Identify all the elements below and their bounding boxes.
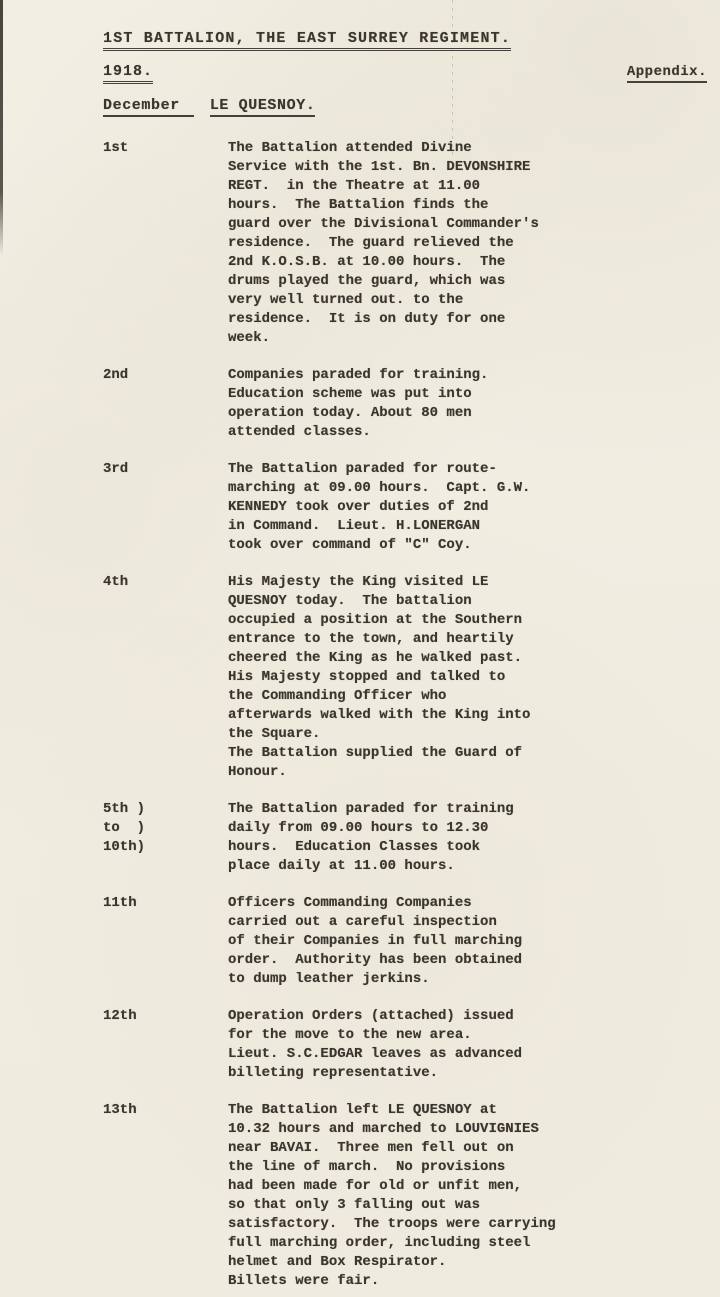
entry-text-line: daily from 09.00 hours to 12.30 [228, 819, 707, 838]
entry-text-line: Companies paraded for training. [228, 366, 707, 385]
entry-text-line: Honour. [228, 763, 707, 782]
entry-text: Companies paraded for training.Education… [228, 366, 707, 442]
entry-text-line: 10.32 hours and marched to LOUVIGNIES [228, 1120, 707, 1139]
entry-text-line: the Commanding Officer who [228, 687, 707, 706]
entry-text-line: in Command. Lieut. H.LONERGAN [228, 517, 707, 536]
entry-text-line: entrance to the town, and heartily [228, 630, 707, 649]
entry-date: 2nd [103, 366, 228, 442]
entry-date-line: 12th [103, 1007, 228, 1026]
diary-entry: 1st The Battalion attended DivineService… [103, 139, 707, 348]
page-title-text: 1ST BATTALION, THE EAST SURREY REGIMENT. [103, 30, 511, 51]
entry-text-line: afterwards walked with the King into [228, 706, 707, 725]
scanned-war-diary-document: { "header": { "title": "1ST BATTALION, T… [0, 0, 720, 1297]
entry-text-line: Operation Orders (attached) issued [228, 1007, 707, 1026]
entry-text-line: the Square. [228, 725, 707, 744]
diary-entry: 4th His Majesty the King visited LEQUESN… [103, 573, 707, 782]
diary-entry: 13th The Battalion left LE QUESNOY at10.… [103, 1101, 707, 1291]
entry-text-line: occupied a position at the Southern [228, 611, 707, 630]
entry-text-line: of their Companies in full marching [228, 932, 707, 951]
entry-text-line: operation today. About 80 men [228, 404, 707, 423]
entry-date: 3rd [103, 460, 228, 555]
entry-date-line: 3rd [103, 460, 228, 479]
entry-text-line: QUESNOY today. The battalion [228, 592, 707, 611]
entry-text-line: to dump leather jerkins. [228, 970, 707, 989]
entry-text-line: The Battalion attended Divine [228, 139, 707, 158]
entry-text-line: The Battalion paraded for training [228, 800, 707, 819]
entry-text-line: The Battalion left LE QUESNOY at [228, 1101, 707, 1120]
entry-text-line: Officers Commanding Companies [228, 894, 707, 913]
entry-text-line: residence. It is on duty for one [228, 310, 707, 329]
entry-text-line: full marching order, including steel [228, 1234, 707, 1253]
entry-text: His Majesty the King visited LEQUESNOY t… [228, 573, 707, 782]
entry-text-line: marching at 09.00 hours. Capt. G.W. [228, 479, 707, 498]
entry-text-line: The Battalion paraded for route- [228, 460, 707, 479]
diary-entry: 3rd The Battalion paraded for route-marc… [103, 460, 707, 555]
entry-text-line: carried out a careful inspection [228, 913, 707, 932]
entry-date-line: 4th [103, 573, 228, 592]
entry-text-line: Lieut. S.C.EDGAR leaves as advanced [228, 1045, 707, 1064]
year-label: 1918. [103, 63, 153, 84]
entry-text-line: week. [228, 329, 707, 348]
entry-text: The Battalion left LE QUESNOY at10.32 ho… [228, 1101, 707, 1291]
entry-date-line: 2nd [103, 366, 228, 385]
entry-text-line: The Battalion supplied the Guard of [228, 744, 707, 763]
entry-text-line: residence. The guard relieved the [228, 234, 707, 253]
entry-text-line: order. Authority has been obtained [228, 951, 707, 970]
entry-date: 4th [103, 573, 228, 782]
entry-text-line: attended classes. [228, 423, 707, 442]
page-title: 1ST BATTALION, THE EAST SURREY REGIMENT. [103, 30, 707, 47]
entry-text-line: hours. Education Classes took [228, 838, 707, 857]
diary-page-content: 1ST BATTALION, THE EAST SURREY REGIMENT.… [0, 0, 720, 1291]
entry-text-line: for the move to the new area. [228, 1026, 707, 1045]
month-label: December [103, 97, 194, 117]
month-row: DecemberLE QUESNOY. [103, 97, 707, 117]
entry-text-line: took over command of "C" Coy. [228, 536, 707, 555]
entry-text-line: place daily at 11.00 hours. [228, 857, 707, 876]
entry-text-line: guard over the Divisional Commander's [228, 215, 707, 234]
entry-text-line: KENNEDY took over duties of 2nd [228, 498, 707, 517]
entry-text-line: His Majesty stopped and talked to [228, 668, 707, 687]
entry-text-line: drums played the guard, which was [228, 272, 707, 291]
entry-text-line: His Majesty the King visited LE [228, 573, 707, 592]
entry-text: Operation Orders (attached) issuedfor th… [228, 1007, 707, 1083]
entry-text-line: helmet and Box Respirator. [228, 1253, 707, 1272]
entry-text-line: billeting representative. [228, 1064, 707, 1083]
entry-date: 11th [103, 894, 228, 989]
appendix-label: Appendix. [627, 64, 707, 83]
entry-text-line: satisfactory. The troops were carrying [228, 1215, 707, 1234]
entry-date: 1st [103, 139, 228, 348]
entry-text-line: 2nd K.O.S.B. at 10.00 hours. The [228, 253, 707, 272]
diary-entry: 5th )to )10th) The Battalion paraded for… [103, 800, 707, 876]
entry-text-line: REGT. in the Theatre at 11.00 [228, 177, 707, 196]
entry-text: Officers Commanding Companiescarried out… [228, 894, 707, 989]
entry-text-line: very well turned out. to the [228, 291, 707, 310]
entry-text-line: had been made for old or unfit men, [228, 1177, 707, 1196]
year-row: 1918. Appendix. [103, 63, 707, 84]
entry-date: 13th [103, 1101, 228, 1291]
entry-text: The Battalion attended DivineService wit… [228, 139, 707, 348]
entry-date-line: 13th [103, 1101, 228, 1120]
entry-text-line: the line of march. No provisions [228, 1158, 707, 1177]
entry-text-line: so that only 3 falling out was [228, 1196, 707, 1215]
entry-date-line: 5th ) [103, 800, 228, 819]
entry-text-line: Billets were fair. [228, 1272, 707, 1291]
diary-entries: 1st The Battalion attended DivineService… [103, 139, 707, 1291]
entry-date-line: to ) [103, 819, 228, 838]
diary-entry: 2nd Companies paraded for training.Educa… [103, 366, 707, 442]
entry-date-line: 1st [103, 139, 228, 158]
entry-text: The Battalion paraded for route-marching… [228, 460, 707, 555]
entry-date-line: 10th) [103, 838, 228, 857]
location-heading: LE QUESNOY. [210, 97, 316, 117]
entry-text: The Battalion paraded for trainingdaily … [228, 800, 707, 876]
diary-entry: 12th Operation Orders (attached) issuedf… [103, 1007, 707, 1083]
entry-text-line: cheered the King as he walked past. [228, 649, 707, 668]
diary-entry: 11th Officers Commanding Companiescarrie… [103, 894, 707, 989]
entry-text-line: near BAVAI. Three men fell out on [228, 1139, 707, 1158]
entry-date: 5th )to )10th) [103, 800, 228, 876]
entry-text-line: Service with the 1st. Bn. DEVONSHIRE [228, 158, 707, 177]
entry-text-line: hours. The Battalion finds the [228, 196, 707, 215]
entry-date: 12th [103, 1007, 228, 1083]
entry-text-line: Education scheme was put into [228, 385, 707, 404]
entry-date-line: 11th [103, 894, 228, 913]
